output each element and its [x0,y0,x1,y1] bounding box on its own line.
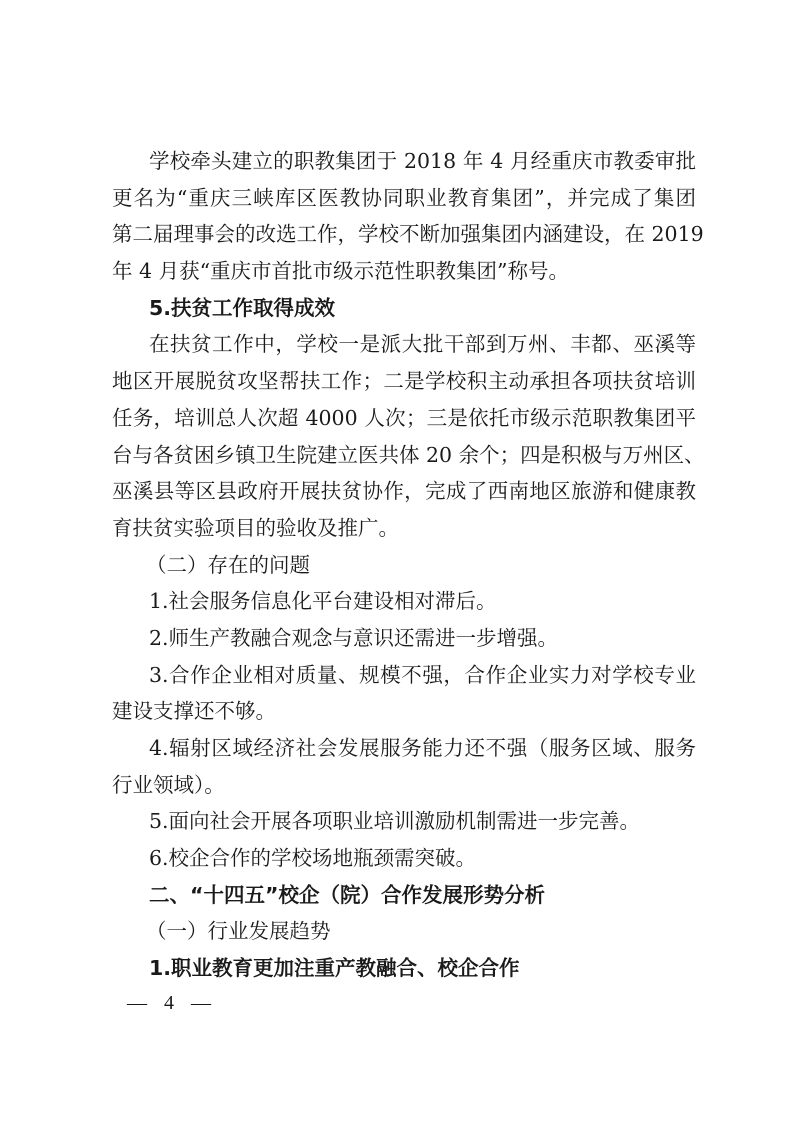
problem-item-1: 1.社会服务信息化平台建设相对滞后。 [112,583,696,620]
text-line: 行业领域）。 [112,767,696,804]
text-line: 台与各贫困乡镇卫生院建立医共体 20 余个；四是积极与万州区、 [112,437,696,474]
problem-item-2: 2.师生产教融合观念与意识还需进一步增强。 [112,620,696,657]
text-line: 更名为“重庆三峡库区医教协同职业教育集团”，并完成了集团 [112,180,696,217]
problem-item-5: 5.面向社会开展各项职业培训激励机制需进一步完善。 [112,803,696,840]
text-line: 3.合作企业相对质量、规模不强，合作企业实力对学校专业 [112,657,696,694]
text-line: 年 4 月获“重庆市首批市级示范性职教集团”称号。 [112,253,696,290]
text-line: 第二届理事会的改选工作，学校不断加强集团内涵建设，在 2019 [112,216,696,253]
paragraph-poverty-alleviation: 在扶贫工作中，学校一是派大批干部到万州、丰都、巫溪等 地区开展脱贫攻坚帮扶工作；… [112,326,696,546]
document-page: 学校牵头建立的职教集团于 2018 年 4 月经重庆市教委审批 更名为“重庆三峡… [112,143,696,987]
page-number: — 4 — [127,992,217,1015]
problem-item-3: 3.合作企业相对质量、规模不强，合作企业实力对学校专业 建设支撑还不够。 [112,657,696,730]
subheading-industry-education-integration: 1.职业教育更加注重产教融合、校企合作 [112,950,696,987]
section-heading-industry-trend: （一）行业发展趋势 [112,913,696,950]
chapter-heading-trend-analysis: 二、“十四五”校企（院）合作发展形势分析 [112,877,696,914]
text-line: 学校牵头建立的职教集团于 2018 年 4 月经重庆市教委审批 [112,143,696,180]
text-line: 地区开展脱贫攻坚帮扶工作；二是学校积主动承担各项扶贫培训 [112,363,696,400]
text-line: 在扶贫工作中，学校一是派大批干部到万州、丰都、巫溪等 [112,326,696,363]
text-line: 建设支撑还不够。 [112,693,696,730]
paragraph-education-group: 学校牵头建立的职教集团于 2018 年 4 月经重庆市教委审批 更名为“重庆三峡… [112,143,696,290]
text-line: 巫溪县等区县政府开展扶贫协作，完成了西南地区旅游和健康教 [112,473,696,510]
problem-item-4: 4.辐射区域经济社会发展服务能力还不强（服务区域、服务 行业领域）。 [112,730,696,803]
text-line: 育扶贫实验项目的验收及推广。 [112,510,696,547]
subheading-poverty-alleviation: 5.扶贫工作取得成效 [112,290,696,327]
text-line: 任务，培训总人次超 4000 人次；三是依托市级示范职教集团平 [112,400,696,437]
section-heading-problems: （二）存在的问题 [112,547,696,584]
problem-item-6: 6.校企合作的学校场地瓶颈需突破。 [112,840,696,877]
text-line: 4.辐射区域经济社会发展服务能力还不强（服务区域、服务 [112,730,696,767]
